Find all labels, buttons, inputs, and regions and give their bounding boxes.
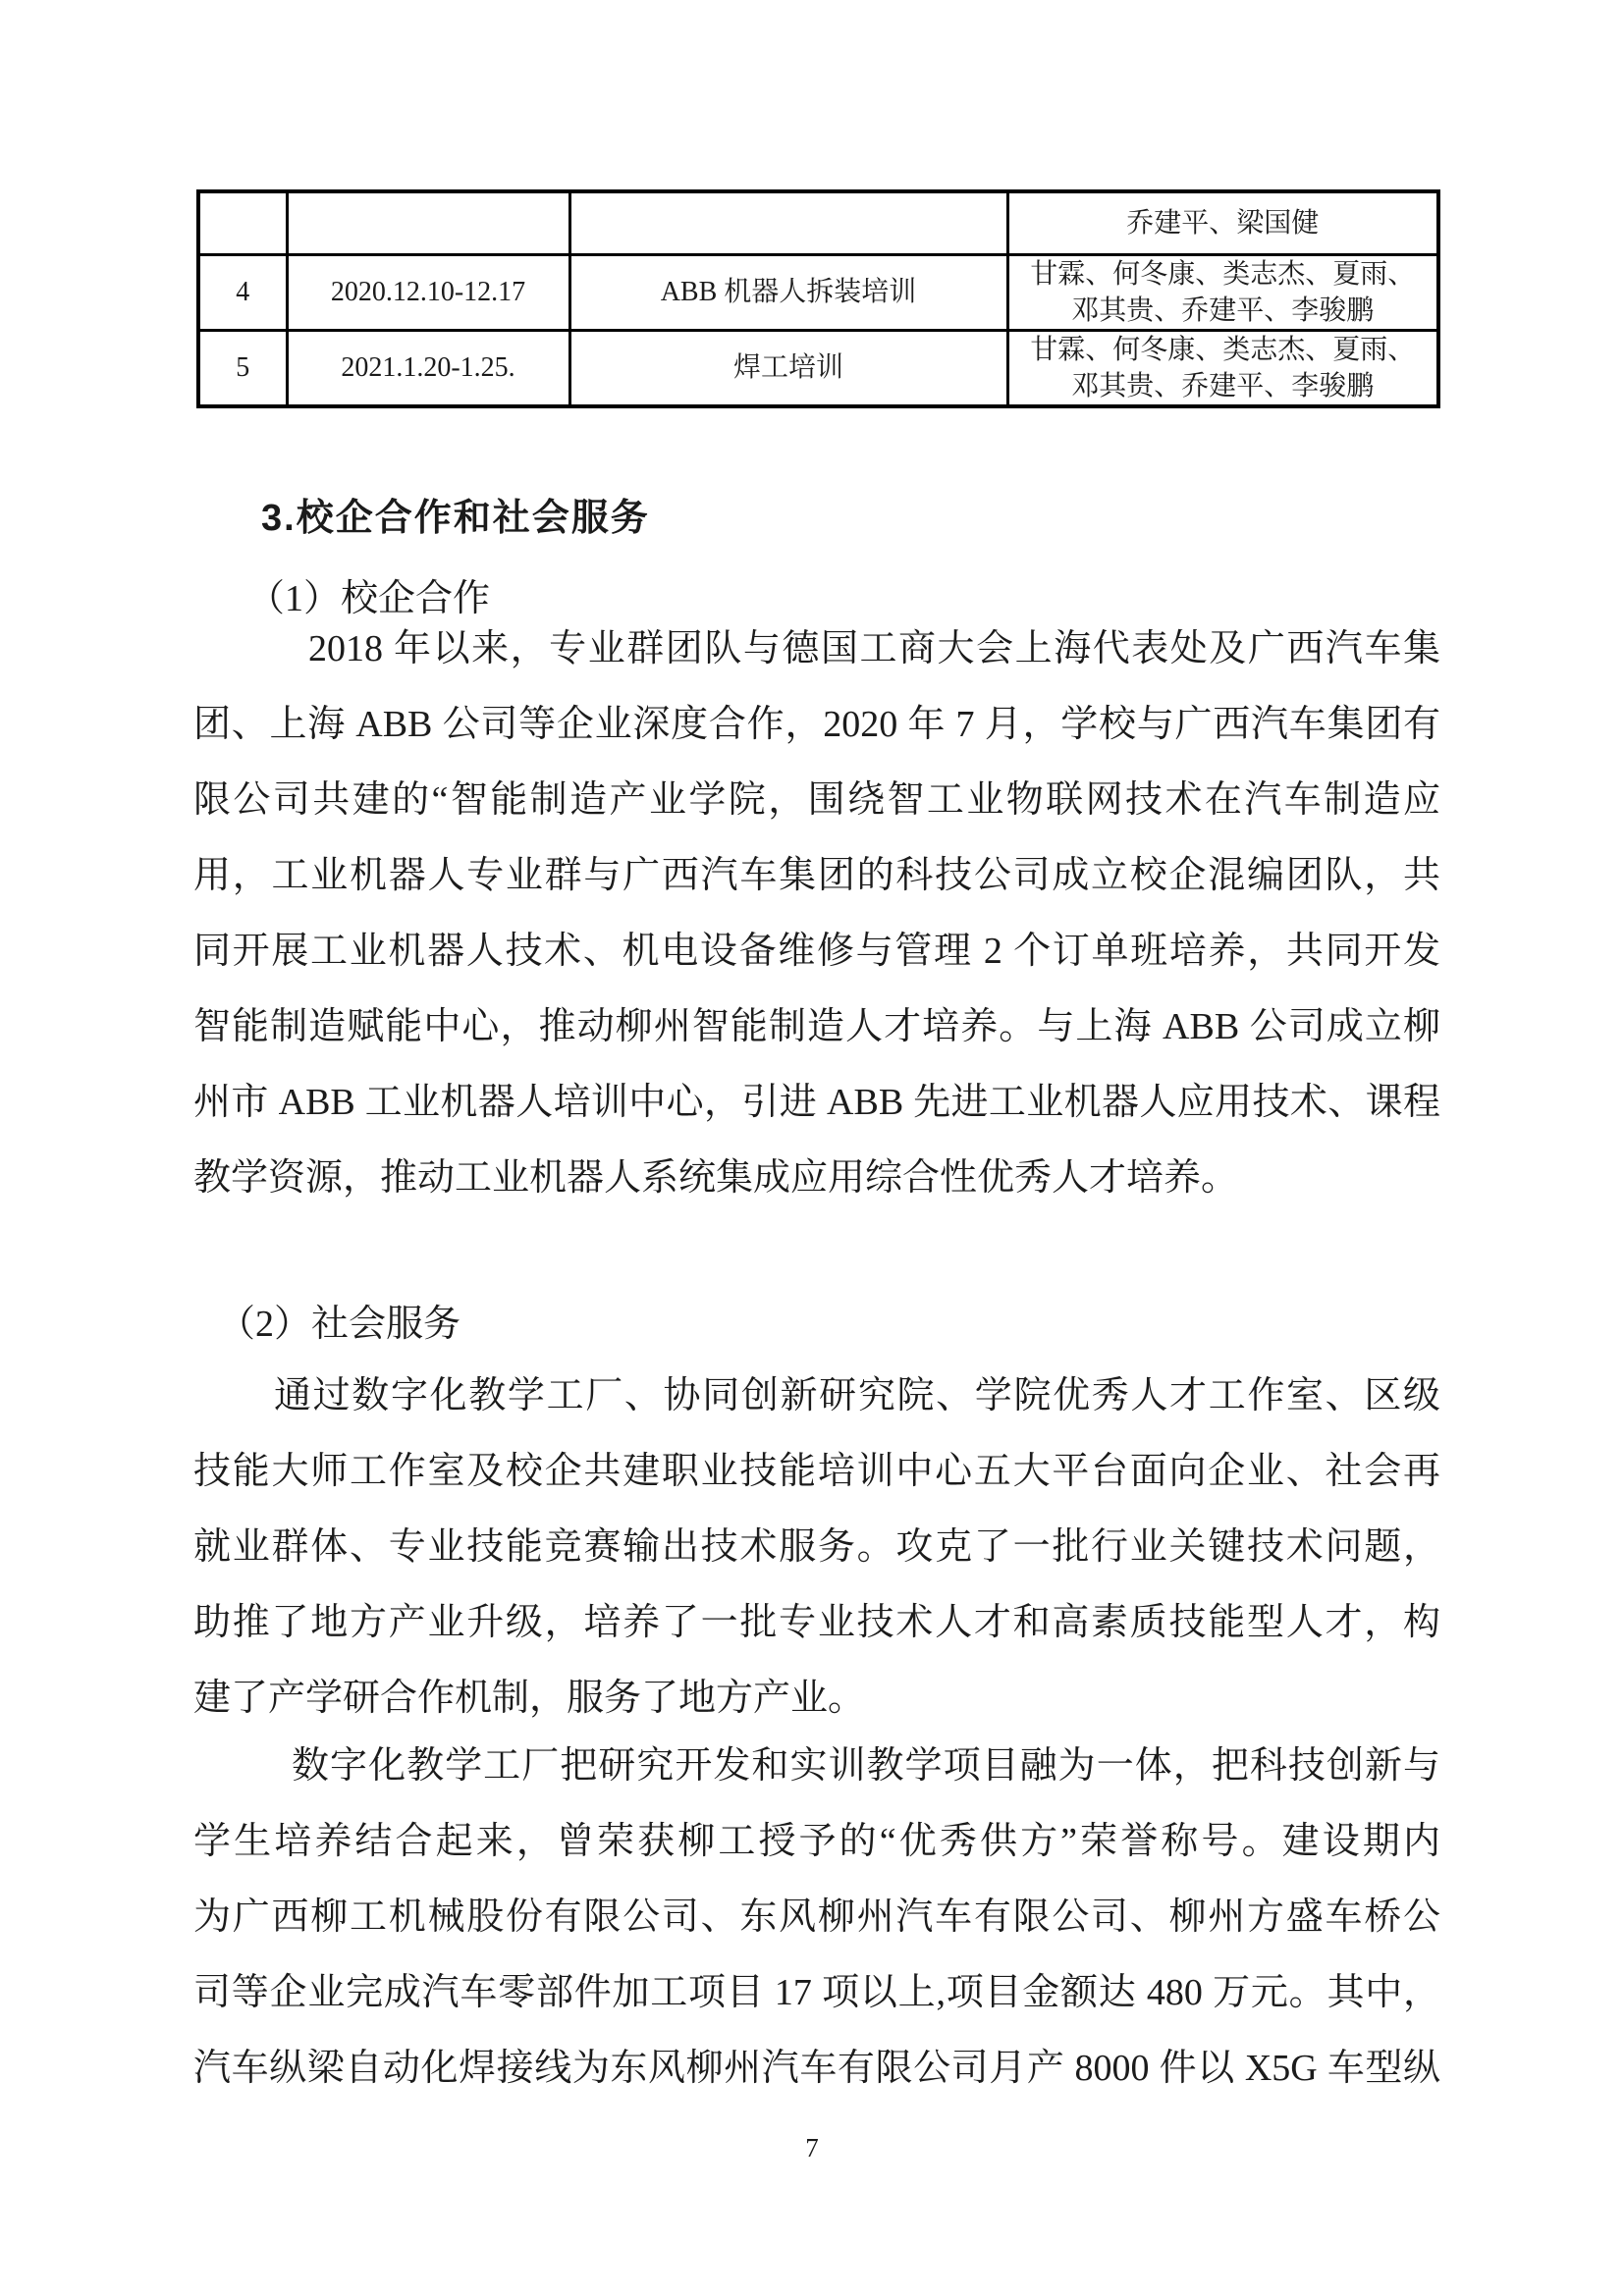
paragraph-line: 汽车纵梁自动化焊接线为东风柳州汽车有限公司月产 8000 件以 X5G 车型纵 [193, 2031, 1440, 2107]
cell-training-name: ABB 机器人拆装培训 [569, 254, 1007, 330]
trainees-line: 乔建平、梁国健 [1015, 205, 1432, 241]
trainees-line: 邓其贵、乔建平、李骏鹏 [1015, 368, 1432, 404]
paragraph-line: 为广西柳工机械股份有限公司、东风柳州汽车有限公司、柳州方盛车桥公 [193, 1880, 1440, 1955]
paragraph-line: 建了产学研合作机制，服务了地方产业。 [193, 1661, 1440, 1736]
paragraph-line: 限公司共建的“智能制造产业学院，围绕智工业物联网技术在汽车制造应 [193, 763, 1440, 838]
paragraph-line: 助推了地方产业升级，培养了一批专业技术人才和高素质技能型人才，构 [193, 1585, 1440, 1661]
cell-date: 2020.12.10-12.17 [287, 254, 569, 330]
paragraph-line: 司等企业完成汽车零部件加工项目 17 项以上,项目金额达 480 万元。其中， [193, 1955, 1440, 2031]
cell-training-name: 焊工培训 [569, 330, 1007, 406]
cell-date [287, 191, 569, 254]
trainees-line: 甘霖、何冬康、类志杰、夏雨、 [1015, 332, 1432, 368]
paragraph-line: 技能大师工作室及校企共建职业技能培训中心五大平台面向企业、社会再 [193, 1434, 1440, 1510]
cell-training-name [569, 191, 1007, 254]
cell-trainees: 乔建平、梁国健 [1007, 191, 1438, 254]
cell-no: 5 [198, 330, 287, 406]
cell-no: 4 [198, 254, 287, 330]
paragraph-line: 州市 ABB 工业机器人培训中心，引进 ABB 先进工业机器人应用技术、课程 [193, 1065, 1440, 1141]
paragraph-line: 团、上海 ABB 公司等企业深度合作，2020 年 7 月，学校与广西汽车集团有 [193, 687, 1440, 763]
document-page: 乔建平、梁国健 4 2020.12.10-12.17 ABB 机器人拆装培训 甘… [0, 0, 1624, 2296]
paragraph-line: 教学资源，推动工业机器人系统集成应用综合性优秀人才培养。 [193, 1141, 1440, 1216]
paragraph-line: 2018 年以来，专业群团队与德国工商大会上海代表处及广西汽车集 [193, 612, 1440, 687]
paragraph-line: 学生培养结合起来，曾荣获柳工授予的“优秀供方”荣誉称号。建设期内 [193, 1804, 1440, 1880]
cell-no [198, 191, 287, 254]
paragraph-line: 就业群体、专业技能竞赛输出技术服务。攻克了一批行业关键技术问题， [193, 1510, 1440, 1585]
paragraph-social-service-2: 数字化教学工厂把研究开发和实训教学项目融为一体，把科技创新与 学生培养结合起来，… [193, 1729, 1440, 2107]
page-number: 7 [0, 2128, 1624, 2167]
subsection-2-title: （2）社会服务 [218, 1287, 460, 1362]
section-heading: 3.校企合作和社会服务 [261, 481, 650, 557]
table-row: 4 2020.12.10-12.17 ABB 机器人拆装培训 甘霖、何冬康、类志… [198, 254, 1438, 330]
cell-trainees: 甘霖、何冬康、类志杰、夏雨、 邓其贵、乔建平、李骏鹏 [1007, 330, 1438, 406]
paragraph-line: 用，工业机器人专业群与广西汽车集团的科技公司成立校企混编团队，共 [193, 838, 1440, 914]
paragraph-social-service-1: 通过数字化教学工厂、协同创新研究院、学院优秀人才工作室、区级 技能大师工作室及校… [193, 1359, 1440, 1736]
cell-trainees: 甘霖、何冬康、类志杰、夏雨、 邓其贵、乔建平、李骏鹏 [1007, 254, 1438, 330]
trainees-line: 甘霖、何冬康、类志杰、夏雨、 [1015, 256, 1432, 293]
paragraph-school-enterprise: 2018 年以来，专业群团队与德国工商大会上海代表处及广西汽车集 团、上海 AB… [193, 612, 1440, 1216]
table-row: 5 2021.1.20-1.25. 焊工培训 甘霖、何冬康、类志杰、夏雨、 邓其… [198, 330, 1438, 406]
paragraph-line: 智能制造赋能中心，推动柳州智能制造人才培养。与上海 ABB 公司成立柳 [193, 989, 1440, 1065]
table-row: 乔建平、梁国健 [198, 191, 1438, 254]
paragraph-line: 同开展工业机器人技术、机电设备维修与管理 2 个订单班培养，共同开发 [193, 914, 1440, 989]
training-schedule-table: 乔建平、梁国健 4 2020.12.10-12.17 ABB 机器人拆装培训 甘… [196, 189, 1440, 408]
trainees-line: 邓其贵、乔建平、李骏鹏 [1015, 293, 1432, 329]
paragraph-line: 数字化教学工厂把研究开发和实训教学项目融为一体，把科技创新与 [193, 1729, 1440, 1804]
paragraph-line: 通过数字化教学工厂、协同创新研究院、学院优秀人才工作室、区级 [193, 1359, 1440, 1434]
cell-date: 2021.1.20-1.25. [287, 330, 569, 406]
